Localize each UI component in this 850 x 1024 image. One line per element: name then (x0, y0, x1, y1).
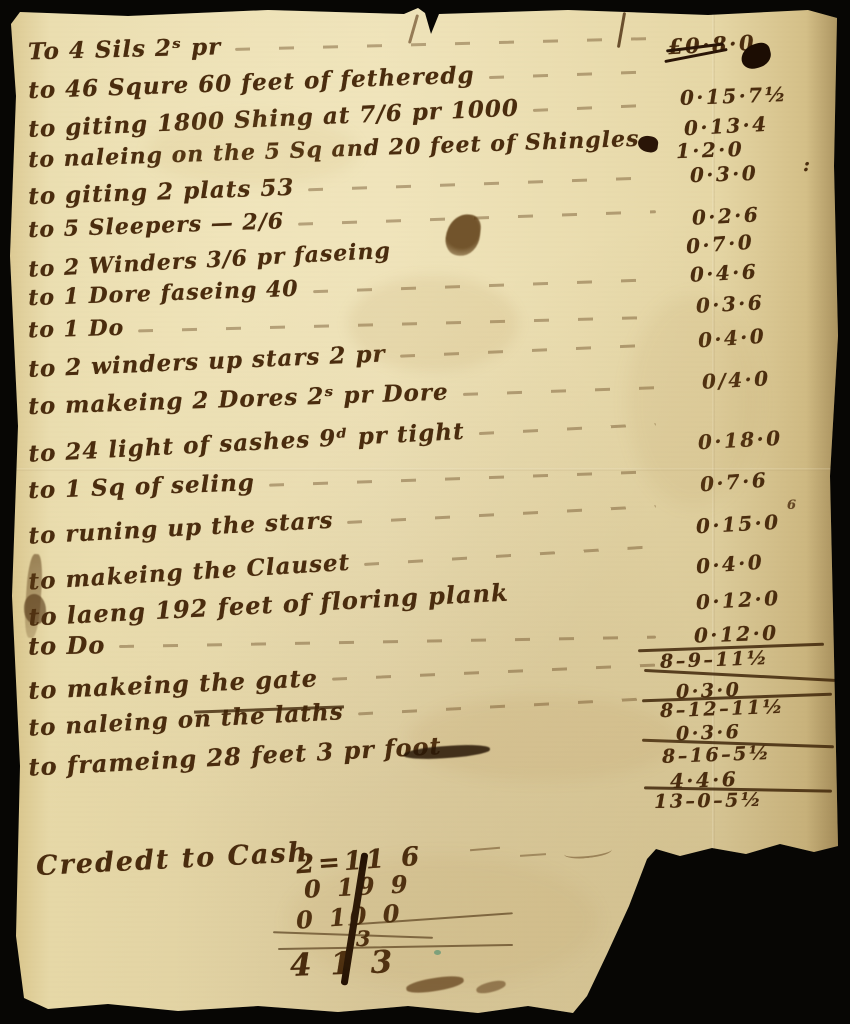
ledger-item-text: to 46 Squre 60 feet of fetheredg (28, 62, 475, 105)
ledger-item-text: to 2 winders up stars 2 pr (28, 340, 386, 383)
ledger-item-text: to naleing on the laths (28, 698, 344, 741)
stray-superscript: 6 (787, 498, 796, 513)
ruled-dashes (119, 636, 656, 648)
ledger-amount: 0·12·0 (694, 621, 779, 648)
age-stain (148, 116, 358, 186)
age-stain (408, 696, 678, 781)
ledger-amount: 0·4·0 (695, 550, 765, 579)
age-stain (628, 296, 758, 506)
ledger-subtotal: 8–16–5½ (662, 742, 772, 768)
ledger-amount: 0·7·0 (685, 230, 755, 259)
ruled-dashes (364, 545, 655, 566)
scanned-document: To 4 Sils 2ˢ prto 46 Squre 60 feet of fe… (0, 0, 850, 1024)
ledger-item-text: to 1 Dore faseing 40 (28, 276, 299, 311)
stray-colon-mark: : (803, 154, 810, 176)
ledger-item-text: to makeing the gate (28, 663, 319, 705)
ledger-item-text: to makeing 2 Dores 2ˢ pr Dore (28, 378, 449, 420)
ledger-item-text: to runing up the stars (28, 507, 334, 550)
ledger-amount: 0·2·6 (691, 202, 760, 230)
ledger-amount: 0·15·7½ (680, 82, 789, 110)
ledger-item-text: to 1 Do (28, 315, 125, 344)
ledger-item-text: to 5 Sleepers — 2/6 (28, 208, 285, 243)
ruled-dashes (533, 104, 656, 112)
ruled-dashes (348, 505, 656, 524)
ledger-item-text: to 24 light of sashes 9ᵈ pr tight (28, 418, 466, 468)
ruled-dashes (269, 470, 656, 487)
ruled-dashes (235, 37, 656, 51)
ledger-amount: 0·12·0 (695, 586, 781, 614)
paper-sheet: To 4 Sils 2ˢ prto 46 Squre 60 feet of fe… (8, 6, 840, 1018)
ledger-amount: 0·3·0 (690, 161, 759, 187)
ledger-subtotal: 8–9–11½ (660, 647, 770, 673)
ledger-amount: 0·4·6 (689, 259, 758, 287)
faint-dash (520, 853, 546, 857)
ledger-item-text: to 1 Sq of seling (28, 469, 256, 504)
ledger-item-text: To 4 Sils 2ˢ pr (28, 33, 222, 65)
ruled-dashes (308, 176, 656, 191)
ruled-dashes (463, 386, 656, 396)
ledger-subtotal: 8–12–11½ (660, 696, 786, 722)
age-stain (288, 856, 598, 986)
ledger-amount: 0·15·0 (695, 510, 781, 538)
ink-smudge (24, 594, 46, 624)
age-stain (348, 276, 518, 371)
faint-squiggle (564, 844, 613, 861)
right-edge-shading (806, 6, 840, 1018)
ledger-item-text: to frameing 28 feet 3 pr foot (28, 731, 443, 782)
ledger-total: 13–0–5½ (654, 789, 764, 813)
ruled-dashes (489, 70, 656, 79)
ledger-item-text: to Do (28, 630, 106, 660)
teal-speck (434, 950, 441, 955)
ruled-dashes (332, 664, 656, 681)
ledger-amount: 0·13·4 (683, 112, 769, 140)
ledger-amount: 1·2·0 (676, 137, 745, 163)
faint-dash (470, 847, 500, 852)
credit-label: Crededt to Cash (35, 837, 310, 882)
